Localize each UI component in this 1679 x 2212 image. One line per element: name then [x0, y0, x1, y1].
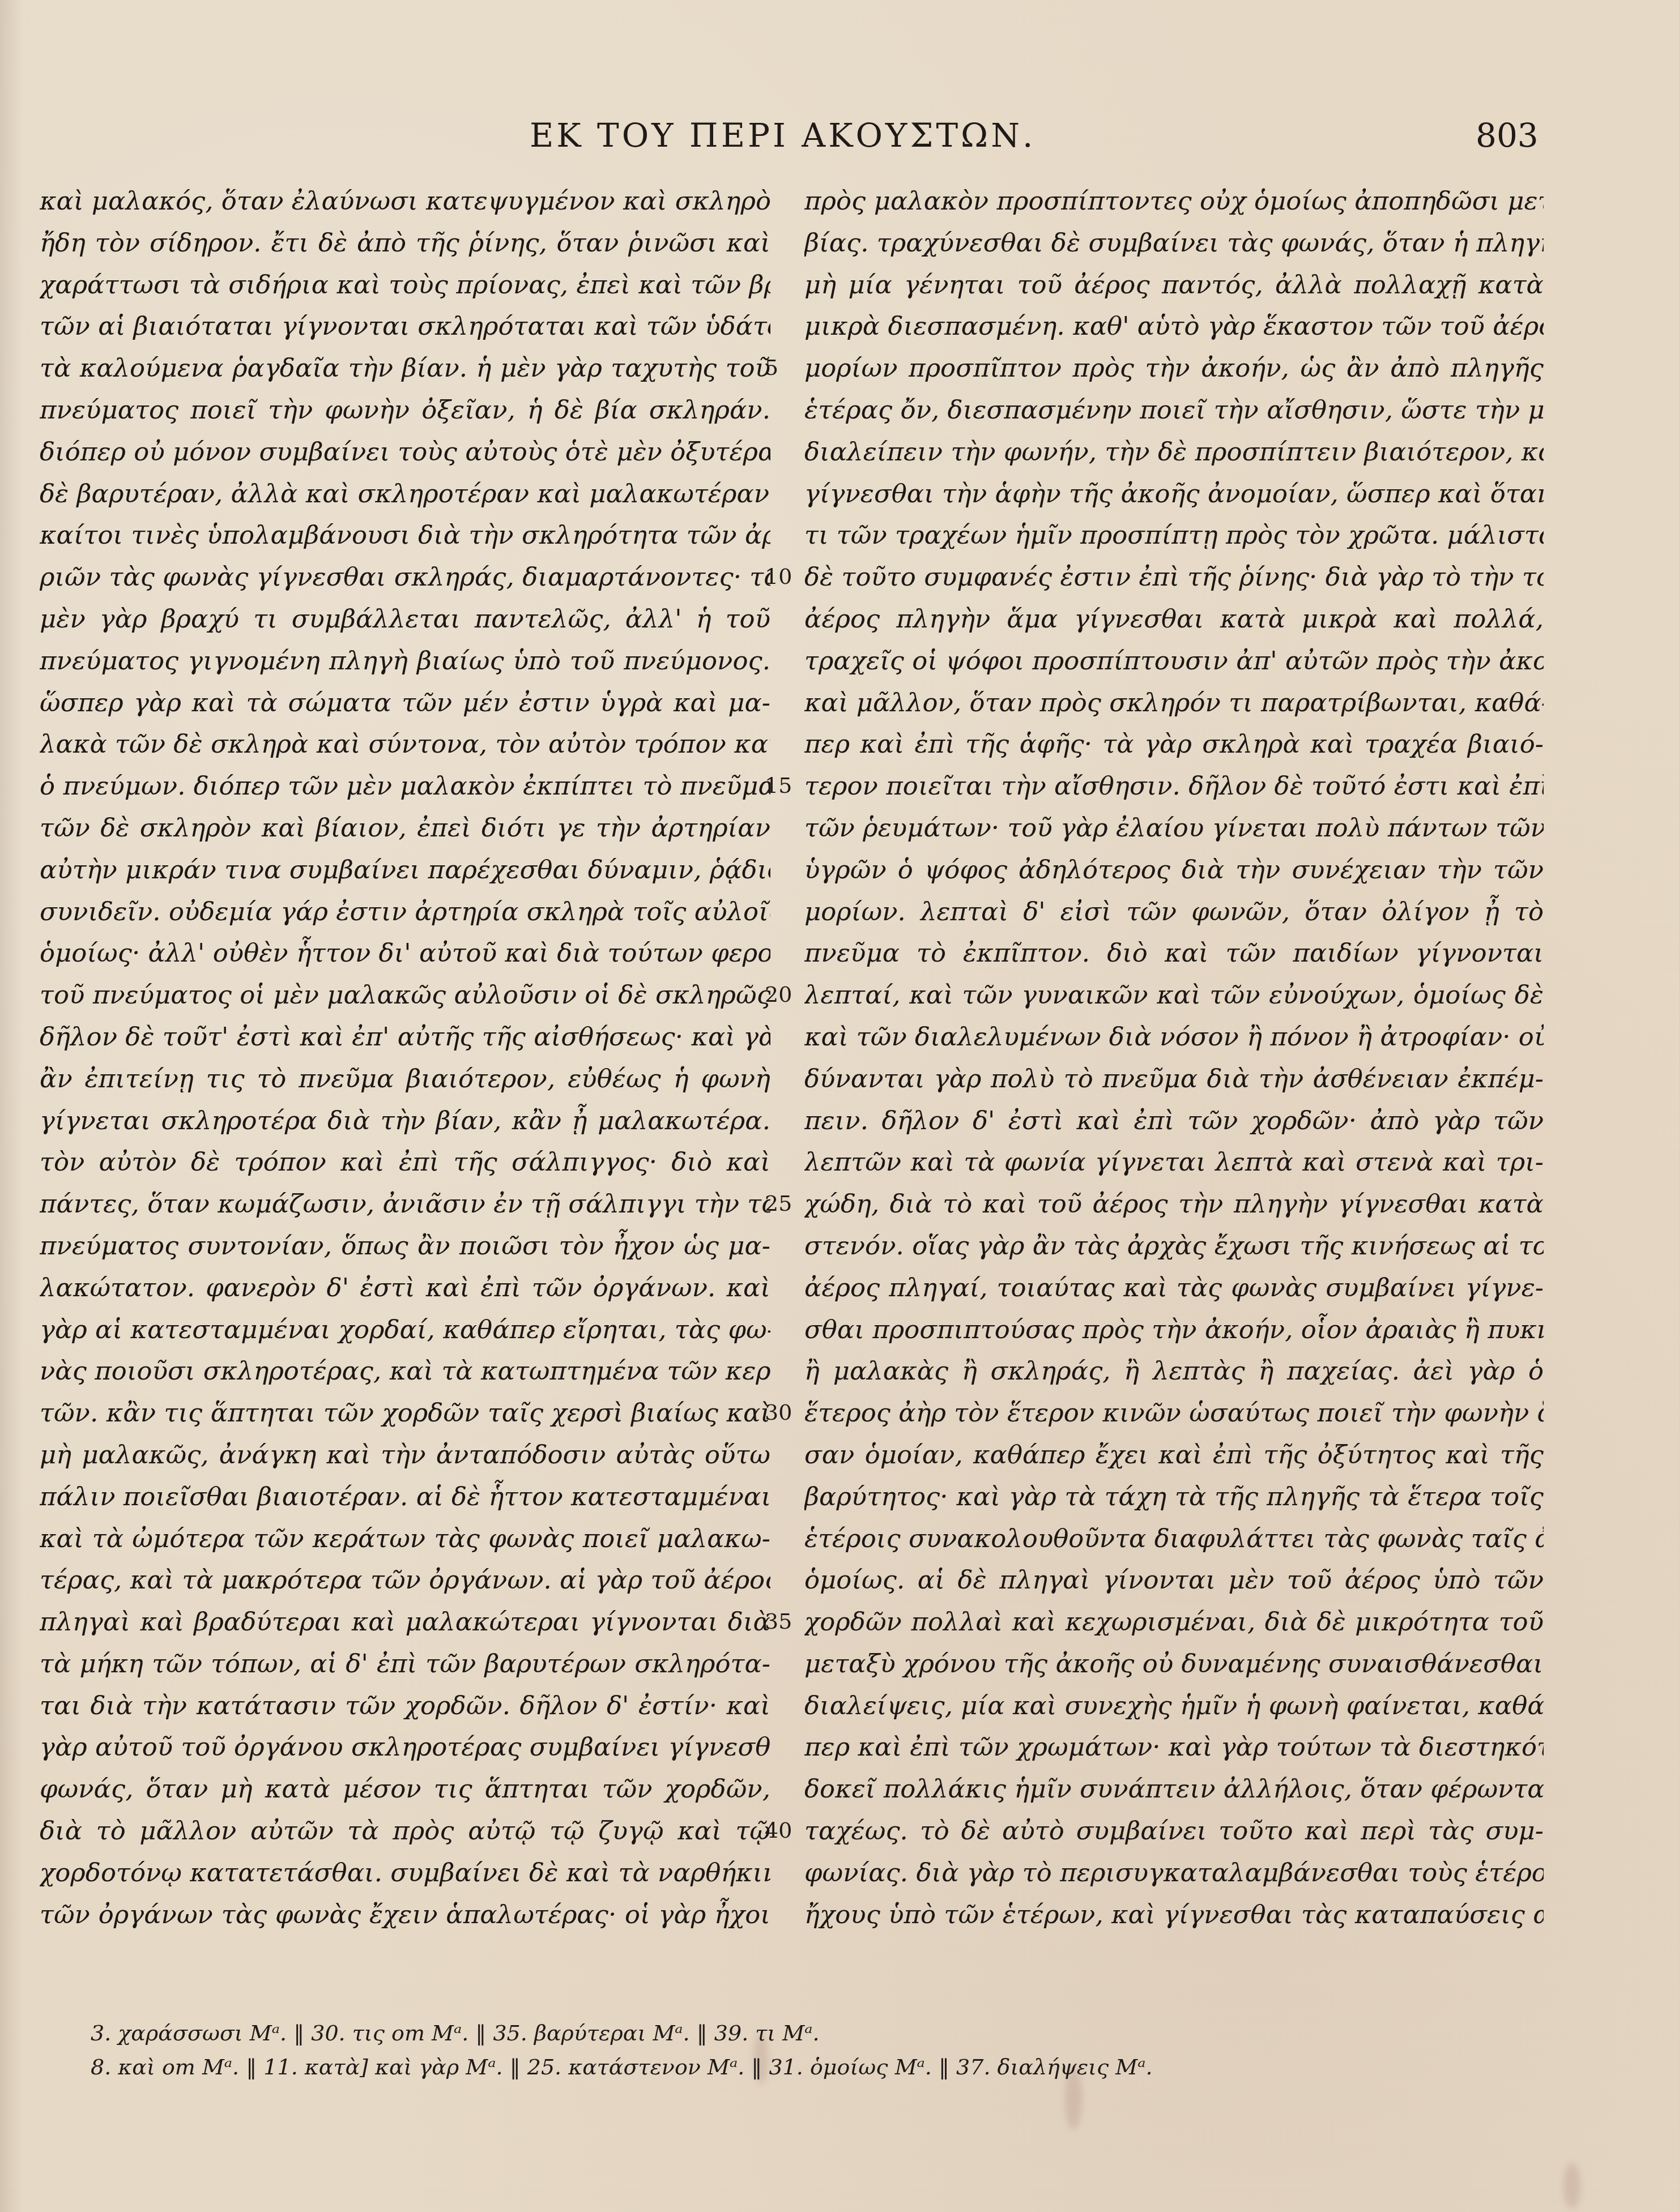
line-number: 10 — [765, 556, 792, 598]
text-line: ἂν ἐπιτείνῃ τις τὸ πνεῦμα βιαιότερον, εὐ… — [40, 1058, 770, 1100]
text-line: λεπταί, καὶ τῶν γυναικῶν καὶ τῶν εὐνούχω… — [804, 974, 1544, 1016]
text-line: πρὸς μαλακὸν προσπίπτοντες οὐχ ὁμοίως ἀπ… — [804, 180, 1544, 222]
text-line: τερον ποιεῖται τὴν αἴσθησιν. δῆλον δὲ το… — [804, 765, 1544, 807]
text-line: δὲ τοῦτο συμφανές ἐστιν ἐπὶ τῆς ῥίνης· δ… — [804, 556, 1544, 598]
text-line: δύνανται γὰρ πολὺ τὸ πνεῦμα διὰ τὴν ἀσθέ… — [804, 1058, 1544, 1100]
text-line: πνεύματος γιγνομένη πληγὴ βιαίως ὑπὸ τοῦ… — [40, 640, 770, 682]
line-number: 40 — [765, 1810, 792, 1852]
text-line: χορδῶν πολλαὶ καὶ κεχωρισμέναι, διὰ δὲ μ… — [804, 1601, 1544, 1643]
text-line: χαράττωσι τὰ σιδήρια καὶ τοὺς πρίονας, ἐ… — [40, 264, 770, 306]
text-line: σθαι προσπιπτούσας πρὸς τὴν ἀκοήν, οἷον … — [804, 1309, 1544, 1351]
text-line: λεπτῶν καὶ τὰ φωνία γίγνεται λεπτὰ καὶ σ… — [804, 1141, 1544, 1183]
text-line: μικρὰ διεσπασμένη. καθ' αὑτὸ γὰρ ἕκαστον… — [804, 305, 1544, 347]
text-line: τῶν ῥευμάτων· τοῦ γὰρ ἐλαίου γίνεται πολ… — [804, 807, 1544, 849]
text-line: ὥσπερ γὰρ καὶ τὰ σώματα τῶν μέν ἐστιν ὑγ… — [40, 682, 770, 724]
line-number: 35 — [765, 1601, 792, 1643]
text-line: πνεύματος συντονίαν, ὅπως ἂν ποιῶσι τὸν … — [40, 1225, 770, 1267]
text-line: γὰρ αὐτοῦ τοῦ ὀργάνου σκληροτέρας συμβαί… — [40, 1726, 770, 1768]
text-line: μὲν γὰρ βραχύ τι συμβάλλεται παντελῶς, ἀ… — [40, 598, 770, 640]
text-line: καὶ τὰ ὠμότερα τῶν κεράτων τὰς φωνὰς ποι… — [40, 1518, 770, 1560]
text-line: πειν. δῆλον δ' ἐστὶ καὶ ἐπὶ τῶν χορδῶν· … — [804, 1100, 1544, 1142]
text-line: πάντες, ὅταν κωμάζωσιν, ἀνιᾶσιν ἐν τῇ σά… — [40, 1183, 770, 1225]
text-line: μὴ μία γένηται τοῦ ἀέρος παντός, ἀλλὰ πο… — [804, 264, 1544, 306]
text-line: διὰ τὸ μᾶλλον αὐτῶν τὰ πρὸς αὐτῷ τῷ ζυγῷ… — [40, 1810, 770, 1852]
text-line: καὶ τῶν διαλελυμένων διὰ νόσον ἢ πόνον ἢ… — [804, 1016, 1544, 1058]
left-text-column: καὶ μαλακός, ὅταν ἐλαύνωσι κατεψυγμένον … — [40, 180, 770, 1935]
line-number: 15 — [765, 765, 792, 807]
text-line: τὰ μήκη τῶν τόπων, αἱ δ' ἐπὶ τῶν βαρυτέρ… — [40, 1643, 770, 1685]
text-line: ὁμοίως· ἀλλ' οὐθὲν ἧττον δι' αὐτοῦ καὶ δ… — [40, 932, 770, 974]
critical-apparatus: 3. χαράσσωσι Mᵃ. ‖ 30. τις om Mᵃ. ‖ 35. … — [91, 2016, 1563, 2084]
running-head: ΕΚ ΤΟΥ ΠΕΡΙ ΑΚΟΥΣΤΩΝ. 803 — [0, 116, 1679, 167]
text-line: δὲ βαρυτέραν, ἀλλὰ καὶ σκληροτέραν καὶ μ… — [40, 473, 770, 515]
text-line: τῶν ὀργάνων τὰς φωνὰς ἔχειν ἁπαλωτέρας· … — [40, 1894, 770, 1936]
text-line: συνιδεῖν. οὐδεμία γάρ ἐστιν ἀρτηρία σκλη… — [40, 891, 770, 933]
text-line: ἕτερος ἀὴρ τὸν ἕτερον κινῶν ὡσαύτως ποιε… — [804, 1392, 1544, 1434]
text-line: δῆλον δὲ τοῦτ' ἐστὶ καὶ ἐπ' αὐτῆς τῆς αἰ… — [40, 1016, 770, 1058]
text-line: πνεῦμα τὸ ἐκπῖπτον. διὸ καὶ τῶν παιδίων … — [804, 932, 1544, 974]
line-number: 30 — [765, 1392, 792, 1434]
text-line: πάλιν ποιεῖσθαι βιαιοτέραν. αἱ δὲ ἧττον … — [40, 1476, 770, 1518]
text-line: περ καὶ ἐπὶ τῶν χρωμάτων· καὶ γὰρ τούτων… — [804, 1726, 1544, 1768]
footnote-line: 3. χαράσσωσι Mᵃ. ‖ 30. τις om Mᵃ. ‖ 35. … — [91, 2016, 1563, 2050]
text-line: νὰς ποιοῦσι σκληροτέρας, καὶ τὰ κατωπτημ… — [40, 1350, 770, 1392]
text-line: καὶ μᾶλλον, ὅταν πρὸς σκληρόν τι παρατρί… — [804, 682, 1544, 724]
text-line: τὸν αὐτὸν δὲ τρόπον καὶ ἐπὶ τῆς σάλπιγγο… — [40, 1141, 770, 1183]
text-line: διόπερ οὐ μόνον συμβαίνει τοὺς αὐτοὺς ὁτ… — [40, 431, 770, 473]
text-line: ὑγρῶν ὁ ψόφος ἀδηλότερος διὰ τὴν συνέχει… — [804, 849, 1544, 891]
text-line: ὁ πνεύμων. διόπερ τῶν μὲν μαλακὸν ἐκπίπτ… — [40, 765, 770, 807]
text-line: γὰρ αἱ κατεσταμμέναι χορδαί, καθάπερ εἴρ… — [40, 1309, 770, 1351]
text-line: καίτοι τινὲς ὑπολαμβάνουσι διὰ τὴν σκληρ… — [40, 514, 770, 556]
line-number: 5 — [765, 347, 778, 389]
text-line: φωνάς, ὅταν μὴ κατὰ μέσον τις ἅπτηται τῶ… — [40, 1768, 770, 1810]
text-line: τὰ καλούμενα ῥαγδαῖα τὴν βίαν. ἡ μὲν γὰρ… — [40, 347, 770, 389]
text-line: πληγαὶ καὶ βραδύτεραι καὶ μαλακώτεραι γί… — [40, 1601, 770, 1643]
line-number: 25 — [765, 1183, 792, 1225]
text-line: τῶν αἱ βιαιόταται γίγνονται σκληρόταται … — [40, 305, 770, 347]
text-line: βαρύτητος· καὶ γὰρ τὰ τάχη τὰ τῆς πληγῆς… — [804, 1476, 1544, 1518]
text-line: γίγνεται σκληροτέρα διὰ τὴν βίαν, κἂν ᾖ … — [40, 1100, 770, 1142]
text-line: δοκεῖ πολλάκις ἡμῖν συνάπτειν ἀλλήλοις, … — [804, 1768, 1544, 1810]
right-text-column: πρὸς μαλακὸν προσπίπτοντες οὐχ ὁμοίως ἀπ… — [804, 180, 1544, 1935]
text-line: ἑτέρας ὄν, διεσπασμένην ποιεῖ τὴν αἴσθησ… — [804, 389, 1544, 431]
text-line: στενόν. οἵας γὰρ ἂν τὰς ἀρχὰς ἔχωσι τῆς … — [804, 1225, 1544, 1267]
text-line: ἤδη τὸν σίδηρον. ἔτι δὲ ἀπὸ τῆς ῥίνης, ὅ… — [40, 222, 770, 264]
text-line: πνεύματος ποιεῖ τὴν φωνὴν ὀξεῖαν, ἡ δὲ β… — [40, 389, 770, 431]
text-line: ἢ μαλακὰς ἢ σκληράς, ἢ λεπτὰς ἢ παχείας.… — [804, 1350, 1544, 1392]
text-line: ται διὰ τὴν κατάτασιν τῶν χορδῶν. δῆλον … — [40, 1685, 770, 1727]
text-line: περ καὶ ἐπὶ τῆς ἁφῆς· τὰ γὰρ σκληρὰ καὶ … — [804, 723, 1544, 765]
text-line: μορίων. λεπταὶ δ' εἰσὶ τῶν φωνῶν, ὅταν ὀ… — [804, 891, 1544, 933]
text-line: διαλείπειν τὴν φωνήν, τὴν δὲ προσπίπτειν… — [804, 431, 1544, 473]
text-line: ἀέρος πληγὴν ἅμα γίγνεσθαι κατὰ μικρὰ κα… — [804, 598, 1544, 640]
text-line: τῶν δὲ σκληρὸν καὶ βίαιον, ἐπεὶ διότι γε… — [40, 807, 770, 849]
text-line: μεταξὺ χρόνου τῆς ἀκοῆς οὐ δυναμένης συν… — [804, 1643, 1544, 1685]
text-line: τέρας, καὶ τὰ μακρότερα τῶν ὀργάνων. αἱ … — [40, 1559, 770, 1601]
text-line: φωνίας. διὰ γὰρ τὸ περισυγκαταλαμβάνεσθα… — [804, 1852, 1544, 1894]
running-title: ΕΚ ΤΟΥ ΠΕΡΙ ΑΚΟΥΣΤΩΝ. — [530, 116, 1035, 155]
text-line: σαν ὁμοίαν, καθάπερ ἔχει καὶ ἐπὶ τῆς ὀξύ… — [804, 1434, 1544, 1476]
text-line: ὁμοίως. αἱ δὲ πληγαὶ γίνονται μὲν τοῦ ἀέ… — [804, 1559, 1544, 1601]
text-line: λακώτατον. φανερὸν δ' ἐστὶ καὶ ἐπὶ τῶν ὀ… — [40, 1267, 770, 1309]
page-number: 803 — [1476, 116, 1539, 155]
text-line: καὶ μαλακός, ὅταν ἐλαύνωσι κατεψυγμένον … — [40, 180, 770, 222]
text-line: διαλείψεις, μία καὶ συνεχὴς ἡμῖν ἡ φωνὴ … — [804, 1685, 1544, 1727]
text-line: χορδοτόνῳ κατατετάσθαι. συμβαίνει δὲ καὶ… — [40, 1852, 770, 1894]
text-line: ριῶν τὰς φωνὰς γίγνεσθαι σκληράς, διαμαρ… — [40, 556, 770, 598]
text-line: τραχεῖς οἱ ψόφοι προσπίπτουσιν ἀπ' αὐτῶν… — [804, 640, 1544, 682]
text-line: χώδη, διὰ τὸ καὶ τοῦ ἀέρος τὴν πληγὴν γί… — [804, 1183, 1544, 1225]
text-line: μὴ μαλακῶς, ἀνάγκη καὶ τὴν ἀνταπόδοσιν α… — [40, 1434, 770, 1476]
text-line: αὐτὴν μικράν τινα συμβαίνει παρέχεσθαι δ… — [40, 849, 770, 891]
line-number: 20 — [765, 974, 792, 1016]
text-line: τι τῶν τραχέων ἡμῖν προσπίπτῃ πρὸς τὸν χ… — [804, 514, 1544, 556]
text-line: τοῦ πνεύματος οἱ μὲν μαλακῶς αὐλοῦσιν οἱ… — [40, 974, 770, 1016]
text-line: ἀέρος πληγαί, τοιαύτας καὶ τὰς φωνὰς συμ… — [804, 1267, 1544, 1309]
text-line: γίγνεσθαι τὴν ἁφὴν τῆς ἀκοῆς ἀνομοίαν, ὥ… — [804, 473, 1544, 515]
text-line: ἑτέροις συνακολουθοῦντα διαφυλάττει τὰς … — [804, 1518, 1544, 1560]
text-line: μορίων προσπῖπτον πρὸς τὴν ἀκοήν, ὡς ἂν … — [804, 347, 1544, 389]
footnote-line: 8. καὶ om Mᵃ. ‖ 11. κατὰ] καὶ γὰρ Mᵃ. ‖ … — [91, 2050, 1563, 2084]
paper-stain — [1563, 2163, 1580, 2209]
text-line: ἤχους ὑπὸ τῶν ἑτέρων, καὶ γίγνεσθαι τὰς … — [804, 1894, 1544, 1936]
text-line: λακὰ τῶν δὲ σκληρὰ καὶ σύντονα, τὸν αὐτὸ… — [40, 723, 770, 765]
text-line: τῶν. κἂν τις ἅπτηται τῶν χορδῶν ταῖς χερ… — [40, 1392, 770, 1434]
text-line: ταχέως. τὸ δὲ αὐτὸ συμβαίνει τοῦτο καὶ π… — [804, 1810, 1544, 1852]
text-line: βίας. τραχύνεσθαι δὲ συμβαίνει τὰς φωνάς… — [804, 222, 1544, 264]
